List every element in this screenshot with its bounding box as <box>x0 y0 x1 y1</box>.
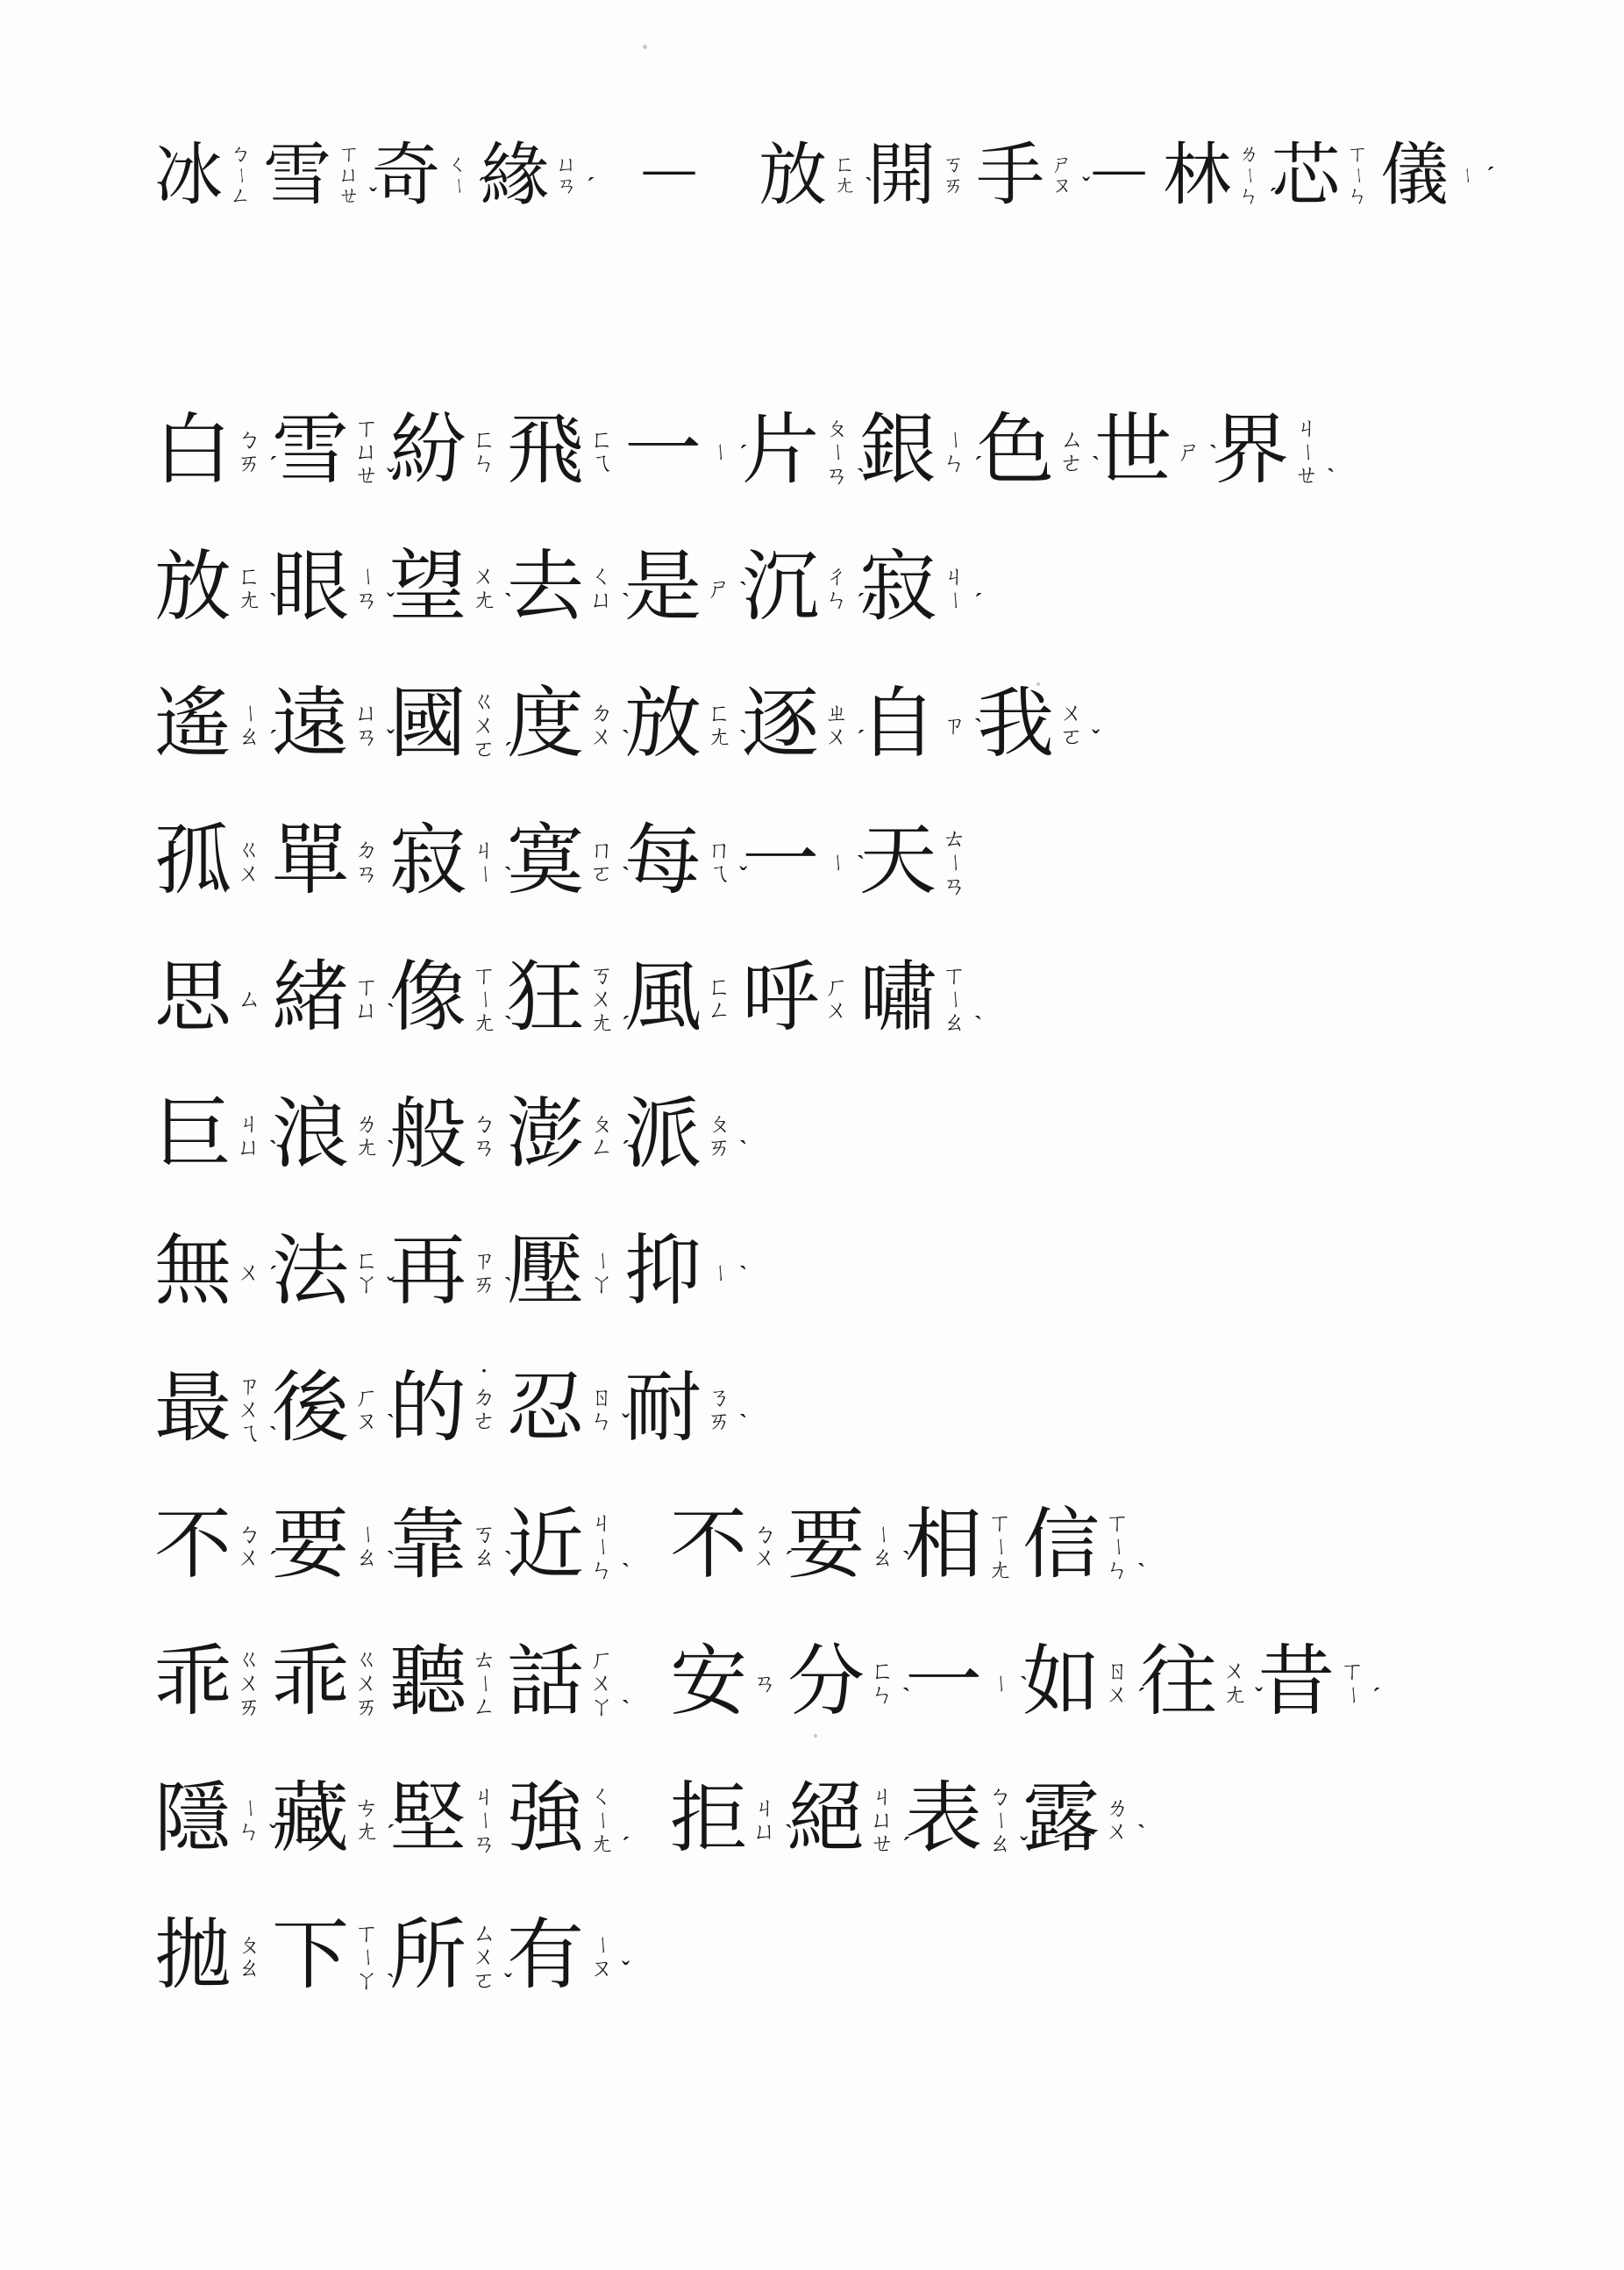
char-unit: 不ㄅㄨˊ <box>154 1500 262 1593</box>
zhuyin-symbol: ㄖ <box>588 1386 615 1410</box>
tone-mark: ˊ <box>1372 1685 1380 1709</box>
tone-mark: ˋ <box>387 1971 395 1995</box>
zhuyin-symbol: ㄩ <box>553 154 580 175</box>
char-unit: 不ㄅㄨˊ <box>670 1500 778 1593</box>
lyric-line: 巨ㄐㄩˋ浪ㄌㄤˋ般ㄅㄢ澎ㄆㄥˊ派ㄆㄞˋ <box>154 1089 1571 1182</box>
zhuyin-symbol: ㄧ <box>708 439 731 465</box>
zhuyin-symbol: ㄩ <box>236 1136 262 1160</box>
zhuyin-annotation: ㄇㄟˇ <box>706 839 732 886</box>
zhuyin-annotation: ㄆㄥˊ <box>588 1112 615 1160</box>
zhuyin-annotation: ㄨㄛˇ <box>1058 702 1085 749</box>
zhuyin-symbol: ㄐ <box>1293 417 1320 440</box>
zhuyin-symbol: ㄞ <box>236 1695 262 1719</box>
tone-mark: ˋ <box>739 727 747 751</box>
zhuyin-symbol: ㄑ <box>588 1785 615 1809</box>
hanzi: 度 <box>507 679 584 772</box>
hanzi: 不 <box>670 1500 747 1593</box>
lyric-line: 不ㄅㄨˊ要ㄧㄠˋ靠ㄎㄠˋ近ㄐㄧㄣˋ不ㄅㄨˊ要ㄧㄠˋ相ㄒㄧㄤ信ㄒㄧㄣˋ <box>154 1500 1571 1593</box>
zhuyin-symbol: ㄝ <box>353 464 380 488</box>
char-unit: 逐ㄓㄨˊ <box>742 679 850 772</box>
zhuyin-annotation: ㄑㄩˋ <box>588 565 615 612</box>
zhuyin-annotation: ㄌㄤˋ <box>353 1112 380 1160</box>
zhuyin-annotation: ㄗㄨㄟˋ <box>236 1374 262 1446</box>
hanzi: 是 <box>624 542 702 635</box>
zhuyin-symbol: ㄇ <box>588 839 615 862</box>
zhuyin-symbol: ㄤ <box>588 1011 615 1035</box>
zhuyin-annotation: ㄩㄢˇ <box>353 702 380 749</box>
zhuyin-symbol: ㄒ <box>353 1922 380 1945</box>
zhuyin-symbol: ㄒ <box>353 417 380 440</box>
tone-mark: ˋ <box>902 1548 910 1572</box>
zhuyin-annotation: ㄅㄞˊ <box>236 428 262 475</box>
zhuyin-annotation: ㄌㄨˋ <box>1104 1796 1130 1844</box>
zhuyin-symbol: ㄨ <box>1104 1820 1130 1844</box>
lyric-line: 白ㄅㄞˊ雪ㄒㄩㄝˇ紛ㄈㄣ飛ㄈㄟ一ㄧˊ片ㄆㄧㄢˋ銀ㄧㄣˊ色ㄙㄜˋ世ㄕˋ界ㄐㄧㄝˋ <box>154 405 1571 498</box>
char-unit: 儀ㄧˊ <box>1380 132 1479 219</box>
zhuyin-symbol: ㄤ <box>353 1820 380 1844</box>
hanzi: 單 <box>272 816 349 909</box>
zhuyin-symbol: ㄡ <box>353 1410 380 1433</box>
zhuyin-symbol: ㄜ <box>471 1410 497 1433</box>
tone-mark: ˊ <box>974 453 982 477</box>
char-unit: 孤ㄍㄨ <box>154 816 262 909</box>
hanzi: 耐 <box>624 1363 702 1456</box>
char-unit: 的ㄉㄜ˙ <box>389 1363 497 1456</box>
zhuyin-symbol: ㄐ <box>471 1785 497 1809</box>
zhuyin-symbol: ㄙ <box>471 1922 497 1945</box>
tone-mark: ˋ <box>739 1411 747 1435</box>
zhuyin-annotation: ㄒㄧㄤˋ <box>471 964 497 1035</box>
hanzi: 放 <box>759 132 827 219</box>
tone-mark: ˋ <box>504 1274 512 1298</box>
zhuyin-symbol: ㄢ <box>353 862 380 886</box>
tone-mark: ˇ <box>1082 175 1090 198</box>
tone-mark: ˇ <box>739 864 747 888</box>
hanzi: 巨 <box>154 1089 231 1182</box>
char-unit: 下ㄒㄧㄚˋ <box>272 1910 380 2003</box>
char-unit: 般ㄅㄢ <box>389 1089 497 1182</box>
zhuyin-annotation: ㄙㄜˋ <box>1058 428 1085 475</box>
hanzi: 寂 <box>859 542 937 635</box>
hanzi: 無 <box>154 1226 231 1319</box>
tone-mark: ˋ <box>785 1822 793 1845</box>
char-unit: 緣ㄩㄢˊ <box>481 132 580 219</box>
char-unit: 所ㄙㄨㄛˇ <box>389 1910 497 2003</box>
hanzi: 自 <box>859 679 937 772</box>
zhuyin-symbol: ㄥ <box>588 1136 615 1160</box>
hanzi: 露 <box>1022 1774 1100 1867</box>
tone-mark: ˋ <box>504 1548 512 1572</box>
zhuyin-annotation: ㄅㄧㄠˇ <box>987 1785 1013 1856</box>
char-unit: 界ㄐㄧㄝˋ <box>1212 405 1320 498</box>
zhuyin-symbol: ㄌ <box>1104 1796 1130 1820</box>
tone-mark: ˋ <box>865 175 873 198</box>
tone-mark: ˋ <box>387 1138 395 1161</box>
hanzi: 呼 <box>742 953 819 1046</box>
hanzi: 忍 <box>507 1363 584 1456</box>
zhuyin-symbol: ㄤ <box>471 1011 497 1035</box>
char-unit: 狂ㄎㄨㄤˊ <box>507 953 615 1046</box>
char-unit: 巨ㄐㄩˋ <box>154 1089 262 1182</box>
zhuyin-annotation: ㄒㄧㄣˋ <box>1104 1511 1130 1582</box>
tone-mark: ˋ <box>622 590 630 614</box>
hanzi: 近 <box>507 1500 584 1593</box>
zhuyin-symbol: ㄢ <box>471 1136 497 1160</box>
hanzi: 天 <box>859 816 937 909</box>
char-unit: 嘯ㄒㄧㄠˋ <box>859 953 967 1046</box>
hanzi: 絕 <box>787 1774 865 1867</box>
hanzi: 有 <box>507 1910 584 2003</box>
zhuyin-symbol: ㄈ <box>236 565 262 589</box>
zhuyin-annotation: ㄋㄞˋ <box>706 1386 732 1433</box>
hanzi: 一 <box>624 405 702 498</box>
tone-mark: ˋ <box>504 864 512 888</box>
zhuyin-symbol: ㄒ <box>941 964 967 988</box>
zhuyin-annotation: ㄒㄩˋ <box>353 975 380 1023</box>
zhuyin-symbol: ㄟ <box>706 862 732 886</box>
zhuyin-symbol: ㄎ <box>940 154 966 175</box>
tone-mark: ˇ <box>1092 727 1100 751</box>
zhuyin-symbol: ㄗ <box>236 1374 262 1398</box>
hanzi: 後 <box>272 1363 349 1456</box>
zhuyin-symbol: ㄆ <box>823 417 850 440</box>
char-unit: 世ㄕˋ <box>1094 405 1202 498</box>
scan-speckle <box>1036 682 1040 686</box>
zhuyin-symbol: ㄞ <box>353 1695 380 1719</box>
zhuyin-symbol: ㄗ <box>941 714 967 738</box>
zhuyin-symbol: ㄞ <box>706 1410 732 1433</box>
char-unit: 強ㄑㄧㄤˊ <box>507 1774 615 1867</box>
song-title-row: 冰ㄅㄧㄥ雪ㄒㄩㄝˇ奇ㄑㄧˊ緣ㄩㄢˊ－放ㄈㄤˋ開ㄎㄞ手ㄕㄡˇ－林ㄌㄧㄣˊ芯ㄒㄧㄣ儀… <box>154 132 1571 219</box>
zhuyin-symbol: ㄍ <box>236 839 262 862</box>
zhuyin-annotation: ㄉㄢ <box>353 839 380 886</box>
zhuyin-annotation: ㄒㄧㄤ <box>987 1511 1013 1582</box>
zhuyin-symbol: ㄍ <box>236 1648 262 1672</box>
tone-mark: ˊ <box>902 1834 910 1858</box>
zhuyin-symbol: ㄤ <box>471 589 497 612</box>
zhuyin-symbol: ㄣ <box>236 1820 262 1844</box>
zhuyin-symbol: ㄧ <box>988 1533 1012 1560</box>
tone-mark: ˋ <box>1092 453 1100 477</box>
hanzi: 奇 <box>372 132 440 219</box>
zhuyin-symbol: ㄎ <box>588 964 615 988</box>
zhuyin-symbol: ㄩ <box>353 702 380 725</box>
zhuyin-symbol: ㄉ <box>588 702 615 725</box>
zhuyin-annotation: ㄒㄧㄚˋ <box>353 1922 380 1993</box>
zhuyin-symbol: ㄛ <box>471 1969 497 1993</box>
zhuyin-symbol: ㄠ <box>236 725 262 749</box>
zhuyin-annotation: ㄎㄞ <box>940 154 966 196</box>
zhuyin-annotation: ㄊㄧㄥ <box>471 1648 497 1719</box>
zhuyin-symbol: ㄝ <box>869 1832 895 1856</box>
hanzi: 雪 <box>263 132 331 219</box>
char-unit: 近ㄐㄧㄣˋ <box>507 1500 615 1593</box>
hanzi: 浪 <box>272 1089 349 1182</box>
char-unit: 銀ㄧㄣˊ <box>859 405 967 498</box>
tone-mark: ˋ <box>504 1013 512 1037</box>
tone-mark: ˊ <box>478 175 486 198</box>
hanzi: 乖 <box>154 1637 231 1730</box>
zhuyin-symbol: ㄒ <box>471 964 497 988</box>
zhuyin-symbol: ㄧ <box>943 588 966 614</box>
hanzi: 昔 <box>1257 1637 1335 1730</box>
zhuyin-symbol: ㄣ <box>1344 186 1371 207</box>
char-unit: 片ㄆㄧㄢˋ <box>742 405 850 498</box>
zhuyin-symbol: ㄩ <box>353 440 380 464</box>
zhuyin-annotation: ㄍㄨㄞ <box>236 1648 262 1719</box>
zhuyin-symbol: ㄣ <box>869 1683 895 1707</box>
zhuyin-symbol: ㄣ <box>588 1410 615 1433</box>
zhuyin-symbol: ㄤ <box>987 1559 1013 1582</box>
hanzi: 拒 <box>670 1774 747 1867</box>
zhuyin-symbol: ㄐ <box>236 1112 262 1136</box>
tone-mark: ˊ <box>504 739 512 763</box>
zhuyin-annotation: ㄙ <box>236 988 262 1011</box>
char-unit: 放ㄈㄤˋ <box>759 132 858 219</box>
zhuyin-annotation: ㄐㄩˋ <box>236 1112 262 1160</box>
zhuyin-annotation: ㄎㄨㄤˊ <box>588 964 615 1035</box>
zhuyin-annotation: ㄖㄣˇ <box>588 1386 615 1433</box>
zhuyin-symbol: ㄨ <box>1222 1660 1248 1683</box>
zhuyin-annotation: ㄔㄣˊ <box>823 565 850 612</box>
tone-mark: ˊ <box>269 1263 277 1287</box>
zhuyin-symbol: ㄨ <box>236 1398 262 1422</box>
zhuyin-annotation: ㄕˋ <box>706 577 732 601</box>
char-unit: 放ㄈㄤˋ <box>624 679 732 772</box>
zhuyin-symbol: ㄏ <box>588 1648 615 1672</box>
zhuyin-symbol: ㄠ <box>941 1011 967 1035</box>
tone-mark: ˋ <box>504 590 512 614</box>
lyric-line: 乖ㄍㄨㄞ乖ㄍㄨㄞ聽ㄊㄧㄥ話ㄏㄨㄚˋ安ㄢ分ㄈㄣˋ一ㄧˋ如ㄖㄨˊ往ㄨㄤˇ昔ㄒㄧˊ <box>154 1637 1571 1730</box>
tone-mark: ˋ <box>1020 1674 1028 1697</box>
tone-mark: ˇ <box>387 590 395 614</box>
zhuyin-annotation: ㄒㄩㄝˇ <box>336 144 362 207</box>
tone-mark: ˋ <box>269 590 277 614</box>
zhuyin-annotation: ㄏㄨㄚˋ <box>588 1648 615 1719</box>
char-unit: 要ㄧㄠˋ <box>272 1500 380 1593</box>
char-unit: 法ㄈㄚˇ <box>272 1226 380 1319</box>
tone-mark: ˊ <box>269 727 277 751</box>
zhuyin-symbol: ㄛ <box>471 738 497 761</box>
zhuyin-symbol: ㄩ <box>588 589 615 612</box>
zhuyin-symbol: ㄎ <box>471 1523 497 1546</box>
zhuyin-symbol: ㄧ <box>590 1248 614 1274</box>
zhuyin-symbol: ㄆ <box>588 1112 615 1136</box>
hanzi: 沉 <box>742 542 819 635</box>
hanzi: 堅 <box>389 1774 467 1867</box>
scan-speckle <box>643 45 647 49</box>
zhuyin-annotation: ㄐㄧˊ <box>941 565 967 612</box>
zhuyin-annotation: ㄐㄧㄢ <box>471 1785 497 1856</box>
zhuyin-annotation: ㄧㄚ <box>588 1249 615 1296</box>
zhuyin-annotation: ㄒㄧㄠˋ <box>941 964 967 1035</box>
char-unit: 忍ㄖㄣˇ <box>507 1363 615 1456</box>
zhuyin-symbol: ㄚ <box>353 1273 380 1296</box>
zhuyin-symbol: ㄐ <box>751 1796 778 1820</box>
zhuyin-symbol: ㄩ <box>869 1809 895 1832</box>
hanzi: 聽 <box>389 1637 467 1730</box>
char-unit: 最ㄗㄨㄟˋ <box>154 1363 262 1456</box>
zhuyin-annotation: ㄧˋ <box>706 1261 732 1285</box>
hanzi: 雪 <box>272 405 349 498</box>
hanzi: 最 <box>154 1363 231 1456</box>
hanzi: 話 <box>507 1637 584 1730</box>
zhuyin-annotation: ㄐㄧㄣˋ <box>588 1511 615 1582</box>
hanzi: 我 <box>977 679 1054 772</box>
char-unit: 拋ㄆㄠ <box>154 1910 262 2003</box>
char-unit: 壓ㄧㄚ <box>507 1226 615 1319</box>
zhuyin-annotation: ㄨㄤˇ <box>1222 1660 1248 1707</box>
hanzi: 孤 <box>154 816 231 909</box>
tone-mark: ˇ <box>269 1822 277 1845</box>
hanzi: 再 <box>389 1226 467 1319</box>
zhuyin-symbol: ㄧ <box>238 701 261 727</box>
hanzi: 色 <box>977 405 1054 498</box>
hanzi: 界 <box>1212 405 1289 498</box>
char-unit: 寂ㄐㄧˋ <box>389 816 497 909</box>
zhuyin-symbol: ㄢ <box>751 1672 778 1695</box>
zhuyin-symbol: ㄒ <box>1104 1511 1130 1535</box>
zhuyin-symbol: ㄣ <box>588 1559 615 1582</box>
zhuyin-symbol: ㄊ <box>471 1648 497 1672</box>
zhuyin-symbol: ㄧ <box>355 1944 379 1970</box>
char-unit: 浪ㄌㄤˋ <box>272 1089 380 1182</box>
char-unit: 露ㄌㄨˋ <box>1022 1774 1130 1867</box>
hanzi: 芯 <box>1271 132 1340 219</box>
zhuyin-symbol: ㄨ <box>588 988 615 1011</box>
hanzi: 澎 <box>507 1089 584 1182</box>
tone-mark: ˊ <box>622 1013 630 1037</box>
zhuyin-annotation: ㄐㄧㄝˋ <box>1293 417 1320 488</box>
char-unit: 冰ㄅㄧㄥ <box>154 132 253 219</box>
zhuyin-annotation: ㄏㄨ <box>823 975 850 1023</box>
char-unit: 寞ㄇㄛˋ <box>507 816 615 909</box>
zhuyin-annotation: ㄙㄨㄛˇ <box>471 1922 497 1993</box>
zhuyin-annotation: ㄉㄜ˙ <box>471 1386 497 1433</box>
hanzi: 逐 <box>742 679 819 772</box>
char-unit: 國ㄍㄨㄛˊ <box>389 679 497 772</box>
tone-mark: ˇ <box>387 727 395 751</box>
zhuyin-annotation: ㄢ <box>751 1672 778 1695</box>
char-unit: 天ㄊㄧㄢ <box>859 816 967 909</box>
tone-mark: ˊ <box>857 590 865 614</box>
zhuyin-annotation: ㄈㄣˋ <box>869 1660 895 1707</box>
zhuyin-annotation: ㄕㄡˇ <box>1049 154 1075 196</box>
zhuyin-annotation: ㄘㄤˊ <box>353 1796 380 1844</box>
zhuyin-symbol: ㄨ <box>823 999 850 1023</box>
zhuyin-symbol: ㄞ <box>236 452 262 475</box>
hanzi: 下 <box>272 1910 349 2003</box>
tone-mark: ˇ <box>369 185 377 209</box>
zhuyin-annotation: ㄑㄧˊ <box>445 154 471 196</box>
word-space <box>624 1542 670 1551</box>
tone-mark: ˋ <box>387 1548 395 1572</box>
hanzi: 的 <box>389 1363 467 1456</box>
hanzi: 分 <box>787 1637 865 1730</box>
zhuyin-symbol: ㄧ <box>473 861 496 888</box>
char-unit: 呼ㄏㄨ <box>742 953 850 1046</box>
zhuyin-symbol: ㄏ <box>353 1386 380 1410</box>
char-unit: 雪ㄒㄩㄝˇ <box>272 405 380 498</box>
zhuyin-annotation: ㄧˋ <box>823 851 850 874</box>
tone-mark: ˇ <box>504 1971 512 1995</box>
zhuyin-symbol: ㄧ <box>1341 1682 1364 1709</box>
zhuyin-symbol: ㄅ <box>236 428 262 452</box>
zhuyin-symbol: ㄗ <box>471 1249 497 1273</box>
zhuyin-symbol: ㄡ <box>588 1957 615 1981</box>
zhuyin-annotation: ㄕˋ <box>1176 440 1202 464</box>
hanzi: 白 <box>154 405 231 498</box>
char-unit: 寂ㄐㄧˊ <box>859 542 967 635</box>
zhuyin-annotation: ㄈㄤˋ <box>236 565 262 612</box>
zhuyin-annotation: ㄧㄡˇ <box>588 1933 615 1981</box>
hanzi: 思 <box>154 953 231 1046</box>
tone-mark: ˊ <box>785 1548 793 1572</box>
hanzi: 手 <box>976 132 1044 219</box>
zhuyin-symbol: ㄕ <box>1049 154 1075 175</box>
word-space <box>624 1679 670 1688</box>
zhuyin-symbol: ㄈ <box>353 1249 380 1273</box>
hanzi: 信 <box>1022 1500 1100 1593</box>
zhuyin-symbol: ㄤ <box>236 589 262 612</box>
char-unit: 昔ㄒㄧˊ <box>1257 1637 1365 1730</box>
zhuyin-symbol: ㄈ <box>706 702 732 725</box>
page-content: 冰ㄅㄧㄥ雪ㄒㄩㄝˇ奇ㄑㄧˊ緣ㄩㄢˊ－放ㄈㄤˋ開ㄎㄞ手ㄕㄡˇ－林ㄌㄧㄣˊ芯ㄒㄧㄣ儀… <box>0 0 1624 2003</box>
word-space <box>624 1816 670 1824</box>
tone-mark: ˋ <box>269 1424 277 1447</box>
tone-mark: ˊ <box>1137 1685 1145 1709</box>
hanzi: 眼 <box>272 542 349 635</box>
hanzi: 乖 <box>272 1637 349 1730</box>
zhuyin-symbol: ㄠ <box>869 1546 895 1570</box>
zhuyin-symbol: ㄢ <box>353 589 380 612</box>
char-unit: 表ㄅㄧㄠˇ <box>905 1774 1013 1867</box>
hanzi: 所 <box>389 1910 467 2003</box>
zhuyin-symbol: ㄐ <box>869 1785 895 1809</box>
zhuyin-symbol: ㄣ <box>1104 1559 1130 1582</box>
char-unit: 單ㄉㄢ <box>272 816 380 909</box>
char-unit: － <box>635 132 703 219</box>
zhuyin-symbol: ㄤ <box>588 1832 615 1856</box>
zhuyin-annotation: ㄗˋ <box>941 714 967 738</box>
tone-mark: ˋ <box>974 1013 982 1037</box>
hanzi: 一 <box>905 1637 982 1730</box>
char-unit: 放ㄈㄤˋ <box>154 542 262 635</box>
zhuyin-symbol: ㄧ <box>230 162 251 189</box>
zhuyin-symbol: ㄆ <box>706 1112 732 1136</box>
zhuyin-symbol: ㄈ <box>471 428 497 452</box>
lyric-line: 最ㄗㄨㄟˋ後ㄏㄡˋ的ㄉㄜ˙忍ㄖㄣˇ耐ㄋㄞˋ <box>154 1363 1571 1456</box>
zhuyin-symbol: ㄉ <box>353 839 380 862</box>
char-unit: 眼ㄧㄢˇ <box>272 542 380 635</box>
zhuyin-annotation: ㄈㄟ <box>588 428 615 475</box>
hanzi: 遙 <box>154 679 231 772</box>
tone-mark: ˊ <box>1269 185 1277 209</box>
zhuyin-annotation: ㄈㄤˋ <box>706 702 732 749</box>
hanzi: 開 <box>867 132 936 219</box>
zhuyin-annotation: ㄩㄢˊ <box>553 154 580 196</box>
zhuyin-annotation: ㄅㄧㄥ <box>227 144 253 207</box>
zhuyin-symbol: ㄧ <box>988 1670 1012 1696</box>
hanzi: 像 <box>389 953 467 1046</box>
zhuyin-annotation: ㄧㄠˋ <box>353 1523 380 1570</box>
char-unit: － <box>1085 132 1153 219</box>
tone-mark: ˋ <box>857 466 865 489</box>
zhuyin-symbol: ㄠ <box>987 1832 1013 1856</box>
zhuyin-annotation: ㄧˊ <box>1453 165 1479 186</box>
tone-mark: ˋ <box>739 579 747 603</box>
zhuyin-symbol: ㄓ <box>823 702 850 725</box>
